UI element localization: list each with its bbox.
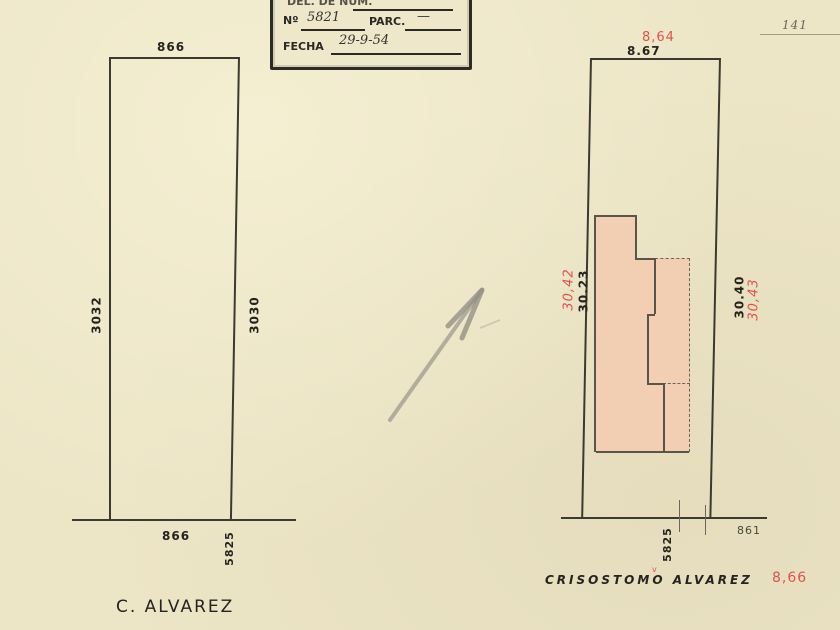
left-lot-left-edge [109, 57, 111, 521]
right-lot-left-depth: 30.23 [576, 270, 590, 313]
stamp-number-label: Nº [283, 14, 298, 27]
left-lot-right-depth: 3030 [248, 296, 262, 333]
right-street-name: CRISOSTOMO ALVAREZ [545, 573, 753, 587]
right-street-number: 5825 [661, 527, 674, 562]
stamp-parcel-label: PARC. [369, 15, 405, 28]
corner-note: 141 [782, 18, 808, 32]
left-lot-top-width: 866 [157, 40, 185, 54]
stamp-underline [353, 9, 453, 11]
left-street-name: C. ALVAREZ [116, 597, 234, 617]
stamp-header: DEL. DE NUM. [287, 0, 372, 8]
north-arrow-icon [370, 280, 510, 440]
right-street-line [561, 517, 767, 519]
stamp-underline [331, 53, 461, 55]
left-lot-bottom-width: 866 [162, 529, 190, 543]
tick-mark [705, 505, 706, 535]
stamp-number-value: 5821 [307, 10, 340, 25]
right-lot-right-depth: 30.40 [732, 276, 746, 319]
corner-rule [760, 34, 840, 35]
right-lot-top-width-corrected: 8,64 [642, 30, 675, 45]
stamp-parcel-value: — [417, 9, 430, 24]
right-lot-top-edge [590, 58, 720, 60]
left-lot-top-edge [109, 57, 239, 59]
left-lot-right-edge [230, 57, 240, 521]
registry-stamp: DEL. DE NUM. Nº 5821 PARC. — FECHA 29-9-… [270, 0, 472, 70]
stamp-date-value: 29-9-54 [339, 33, 389, 48]
left-street-number: 5825 [223, 531, 236, 566]
right-street-width-corrected: 8,66 [772, 570, 807, 586]
stamp-date-label: FECHA [283, 40, 324, 53]
stamp-underline [301, 29, 365, 31]
stamp-underline [405, 29, 461, 31]
adjacent-width: 861 [737, 524, 761, 537]
tick-mark [679, 500, 680, 532]
right-lot-right-depth-corrected: 30,43 [747, 278, 762, 320]
right-lot-right-edge [709, 58, 720, 519]
left-street-line [72, 519, 296, 521]
right-lot-left-depth-corrected: 30,42 [562, 268, 577, 310]
right-lot-top-width: 8.67 [627, 44, 661, 58]
left-lot-left-depth: 3032 [90, 296, 104, 333]
